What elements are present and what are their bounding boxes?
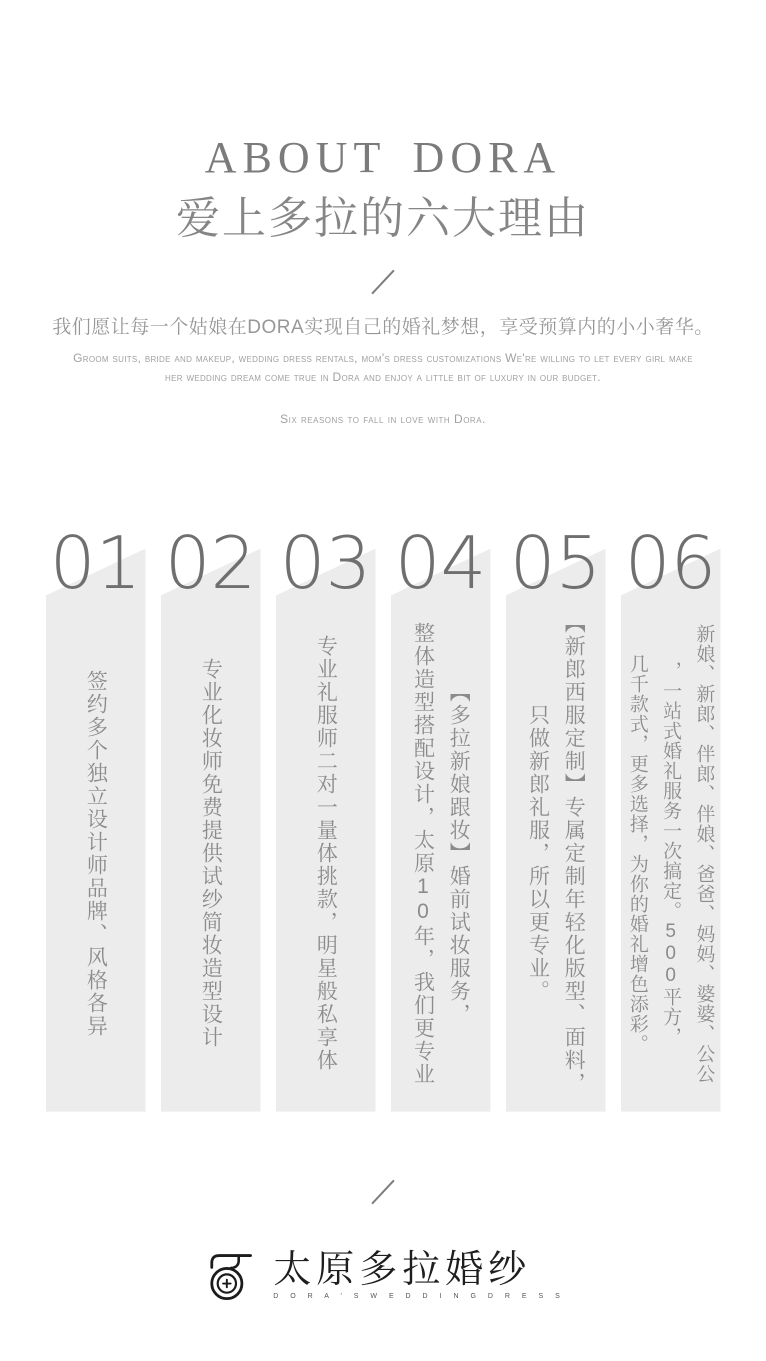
reason-number: 03 xyxy=(276,532,376,590)
reason-column-3: 03 专业礼服师二对一量体挑款，明星般私享体 xyxy=(276,532,376,1112)
reason-text: 专业化妆师免费提供试纱简妆造型设计 xyxy=(193,658,229,1049)
reasons-section: 01 签约多个独立设计师品牌、风格各异 02 专业化妆师免费提供试纱简妆造型设计… xyxy=(0,532,766,1112)
reason-text: 签约多个独立设计师品牌、风格各异 xyxy=(78,670,114,1038)
intro-text-en: Groom suits, bride and makeup, wedding d… xyxy=(63,349,703,387)
divider-top xyxy=(0,266,766,298)
divider-bottom xyxy=(0,1176,766,1208)
page-title: ABOUT DORA xyxy=(0,136,766,180)
reason-column-6: 06 新娘、新郎、伴郎、伴娘、爸爸、妈妈、婆婆、公公 ，一站式婚礼服务一次搞定。… xyxy=(621,532,721,1112)
slogan-text: Six reasons to fall in love with Dora. xyxy=(0,412,766,426)
reason-column-5: 05 【新郎西服定制】专属定制年轻化版型、面料， 只做新郎礼服，所以更专业。 xyxy=(506,532,606,1112)
reason-column-2: 02 专业化妆师免费提供试纱简妆造型设计 xyxy=(161,532,261,1112)
reason-text: 新娘、新郎、伴郎、伴娘、爸爸、妈妈、婆婆、公公 ，一站式婚礼服务一次搞定。500… xyxy=(621,624,721,1084)
reason-number: 04 xyxy=(391,532,491,590)
reason-text: 专业礼服师二对一量体挑款，明星般私享体 xyxy=(308,635,344,1072)
reason-text: 【新郎西服定制】专属定制年轻化版型、面料， 只做新郎礼服，所以更专业。 xyxy=(520,612,591,1095)
header: ABOUT DORA 爱上多拉的六大理由 我们愿让每一个姑娘在DORA实现自己的… xyxy=(0,0,766,426)
slash-divider-icon xyxy=(371,270,394,295)
page-root: ABOUT DORA 爱上多拉的六大理由 我们愿让每一个姑娘在DORA实现自己的… xyxy=(0,0,766,1361)
page-subtitle-zh: 爱上多拉的六大理由 xyxy=(0,196,766,242)
reason-column-1: 01 签约多个独立设计师品牌、风格各异 xyxy=(46,532,146,1112)
reason-number: 06 xyxy=(621,532,721,590)
reason-number: 05 xyxy=(506,532,606,590)
footer-brand: 太原多拉婚纱 D O R A ' S W E D D I N G D R E S… xyxy=(0,1248,766,1304)
dora-logo-icon xyxy=(201,1248,257,1304)
reason-text: 【多拉新娘跟妆】婚前试妆服务， 整体造型搭配设计，太原10年，我们更专业 xyxy=(405,622,476,1086)
brand-name-zh: 太原多拉婚纱 xyxy=(273,1251,564,1289)
brand-name-en: D O R A ' S W E D D I N G D R E S S xyxy=(273,1293,564,1300)
slash-divider-icon xyxy=(371,1179,394,1204)
reason-column-4: 04 【多拉新娘跟妆】婚前试妆服务， 整体造型搭配设计，太原10年，我们更专业 xyxy=(391,532,491,1112)
reason-number: 02 xyxy=(161,532,261,590)
intro-text-zh: 我们愿让每一个姑娘在DORA实现自己的婚礼梦想，享受预算内的小小奢华。 xyxy=(0,312,766,339)
reason-number: 01 xyxy=(46,532,146,590)
